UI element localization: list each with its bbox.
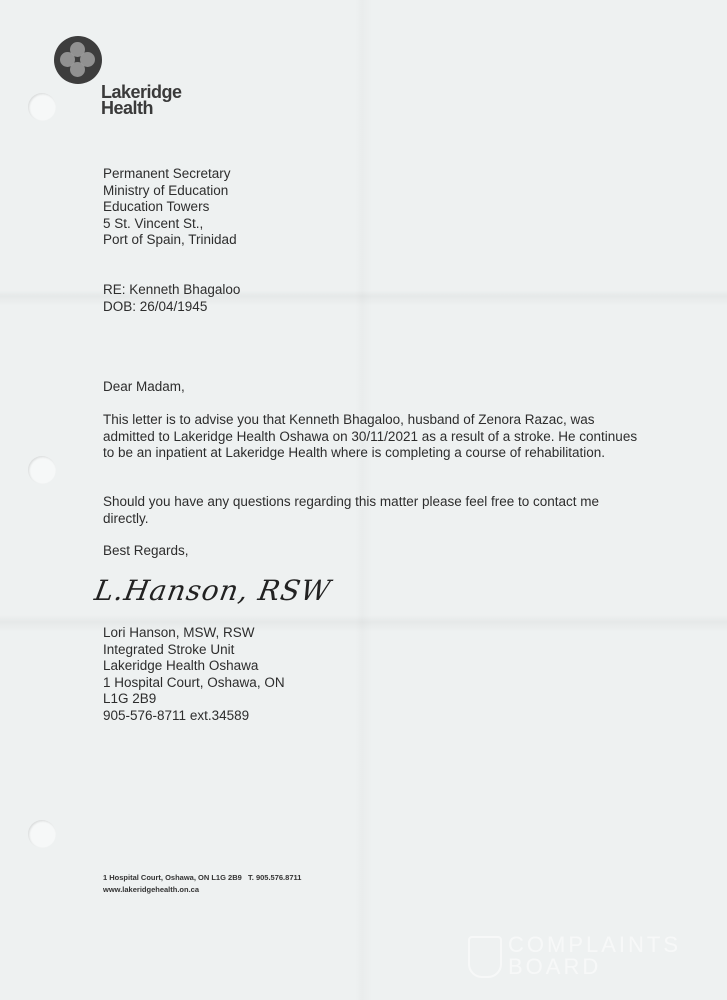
recipient-address: Permanent Secretary Ministry of Educatio… <box>103 166 237 249</box>
body-paragraph-2: Should you have any questions regarding … <box>103 494 643 527</box>
sender-line: Lakeridge Health Oshawa <box>103 658 285 675</box>
sender-line: 905-576-8711 ext.34589 <box>103 708 285 725</box>
salutation: Dear Madam, <box>103 379 643 396</box>
sender-line: Integrated Stroke Unit <box>103 642 285 659</box>
organization-name: Lakeridge Health <box>101 84 182 116</box>
re-line: RE: Kenneth Bhagaloo <box>103 282 240 299</box>
closing: Best Regards, <box>103 543 643 560</box>
sender-block: Lori Hanson, MSW, RSW Integrated Stroke … <box>103 625 285 724</box>
body-paragraph-1: This letter is to advise you that Kennet… <box>103 412 643 462</box>
sender-line: Lori Hanson, MSW, RSW <box>103 625 285 642</box>
recipient-line: Education Towers <box>103 199 237 216</box>
punch-hole <box>28 820 56 848</box>
watermark-text: COMPLAINTS BOARD <box>508 934 681 978</box>
punch-hole <box>28 456 56 484</box>
letterhead-footer: 1 Hospital Court, Oshawa, ON L1G 2B9 T. … <box>103 872 301 896</box>
recipient-line: Ministry of Education <box>103 183 237 200</box>
shield-icon <box>468 936 502 978</box>
footer-address: 1 Hospital Court, Oshawa, ON L1G 2B9 T. … <box>103 872 301 884</box>
recipient-line: 5 St. Vincent St., <box>103 216 237 233</box>
scanned-letter-page: Lakeridge Health Permanent Secretary Min… <box>0 0 727 1000</box>
recipient-line: Permanent Secretary <box>103 166 237 183</box>
punch-hole <box>28 93 56 121</box>
lakeridge-logo-icon <box>54 36 102 84</box>
footer-website: www.lakeridgehealth.on.ca <box>103 884 301 896</box>
dob-line: DOB: 26/04/1945 <box>103 299 240 316</box>
recipient-line: Port of Spain, Trinidad <box>103 232 237 249</box>
letterhead-logo: Lakeridge Health <box>54 36 102 84</box>
reference-block: RE: Kenneth Bhagaloo DOB: 26/04/1945 <box>103 282 240 315</box>
handwritten-signature: L.Hanson, RSW <box>92 574 334 607</box>
sender-line: L1G 2B9 <box>103 691 285 708</box>
sender-line: 1 Hospital Court, Oshawa, ON <box>103 675 285 692</box>
